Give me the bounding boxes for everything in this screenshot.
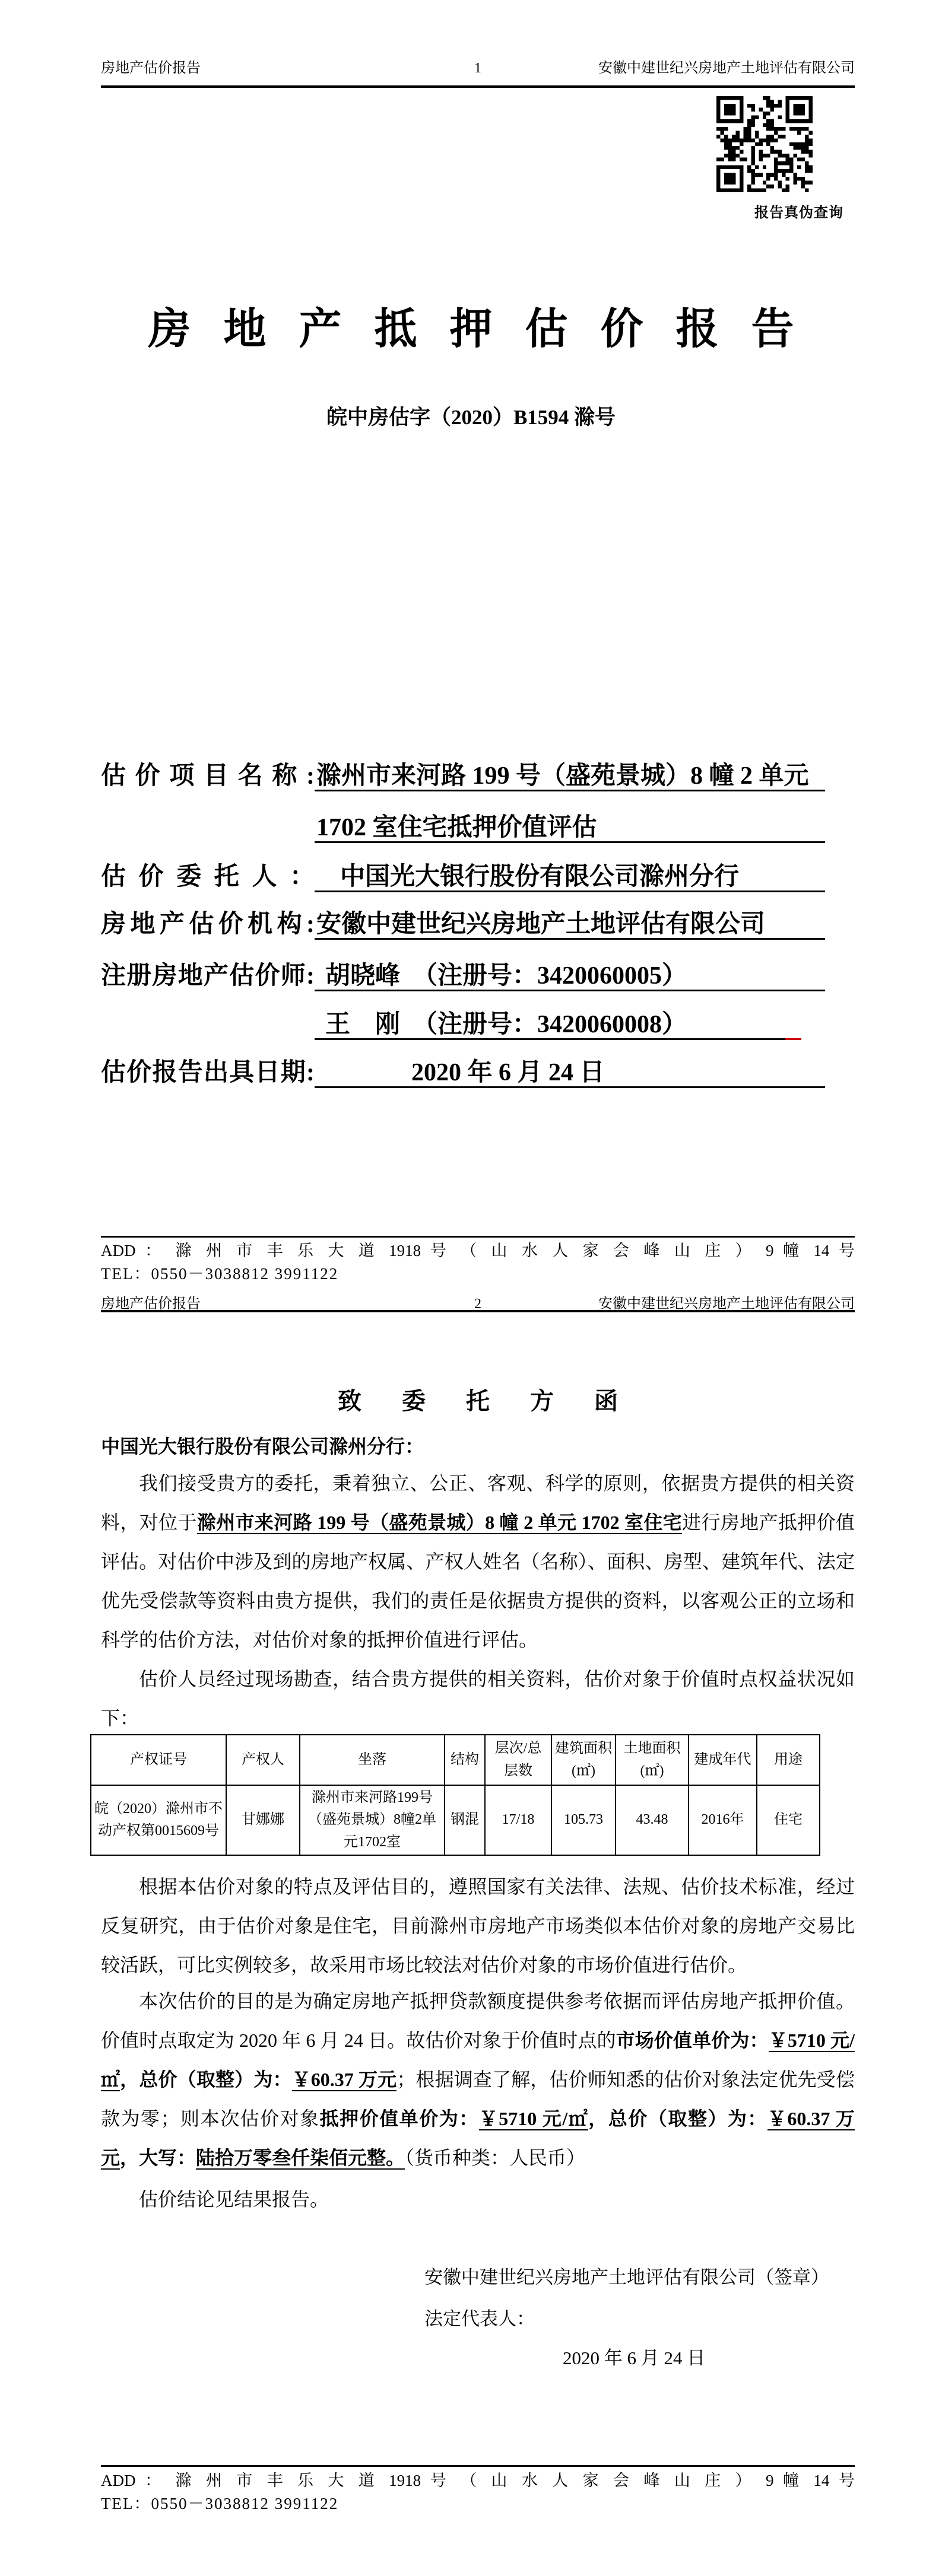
field-value: 2020 年 6 月 24 日 bbox=[411, 1058, 605, 1087]
field-underline bbox=[315, 891, 825, 892]
table-data-row: 皖（2020）滁州市不动产权第0015609号甘娜娜滁州市来河路199号（盛苑景… bbox=[91, 1785, 820, 1855]
footer-address: ADD ： 滁 州 市 丰 乐 大 道 1918 号 （ 山 水 人 家 会 峰… bbox=[101, 2470, 855, 2491]
paragraph-engagement: 我们接受贵方的委托，秉着独立、公正、客观、科学的原则，依据贵方提供的相关资料，对… bbox=[101, 1464, 855, 1659]
field-label: 估价项目名称: bbox=[101, 761, 315, 791]
field-underline bbox=[315, 841, 825, 843]
field-label: 估价报告出具日期: bbox=[101, 1058, 315, 1087]
field-appraiser-2: 王 刚 （注册号：3420060008） bbox=[101, 1010, 855, 1043]
table-cell: 43.48 bbox=[616, 1785, 689, 1855]
field-label: 注册房地产估价师: bbox=[101, 961, 315, 991]
signature-date: 2020 年 6 月 24 日 bbox=[563, 2347, 705, 2370]
table-header-cell: 土地面积(㎡) bbox=[616, 1735, 689, 1785]
qr-code bbox=[716, 96, 813, 192]
field-appraisal-agency: 房地产估价机构: 安徽中建世纪兴房地产土地评估有限公司 bbox=[101, 909, 855, 943]
text-segment: ￥60.37 万元 bbox=[292, 2069, 397, 2091]
table-header-cell: 层次/总层数 bbox=[485, 1735, 551, 1785]
field-value: 安徽中建世纪兴房地产土地评估有限公司 bbox=[316, 909, 765, 939]
header-rule bbox=[101, 85, 855, 88]
field-value: 胡晓峰 （注册号：3420060005） bbox=[325, 961, 687, 991]
field-label: 房地产估价机构: bbox=[101, 909, 315, 939]
field-value: 滁州市来河路 199 号（盛苑景城）8 幢 2 单元 bbox=[316, 761, 809, 791]
table-header-cell: 用途 bbox=[757, 1735, 820, 1785]
letter-title: 致委托方函 bbox=[101, 1382, 855, 1416]
field-underline bbox=[315, 1086, 825, 1088]
text-segment: ， bbox=[120, 2069, 139, 2090]
field-label: 估价委托人： bbox=[101, 862, 315, 892]
table-cell: 钢混 bbox=[445, 1785, 485, 1855]
report-number: 皖中房估字（2020）B1594 滁号 bbox=[0, 401, 942, 431]
field-value: 中国光大银行股份有限公司滁州分行 bbox=[340, 862, 739, 892]
text-segment: 市场价值单价为： bbox=[616, 2030, 769, 2051]
text-segment: ￥5710 元/㎡ bbox=[479, 2108, 588, 2130]
paragraph-conclusion: 估价结论见结果报告。 bbox=[101, 2180, 855, 2219]
report-document: 房地产估价报告 1 安徽中建世纪兴房地产土地评估有限公司 报告真伪查询 房地产抵… bbox=[0, 0, 942, 2576]
header-company: 安徽中建世纪兴房地产土地评估有限公司 bbox=[481, 59, 855, 77]
letter-addressee: 中国光大银行股份有限公司滁州分行： bbox=[101, 1435, 424, 1458]
qr-code-label: 报告真伪查询 bbox=[754, 201, 843, 221]
text-segment: ，总价（取整）为： bbox=[588, 2108, 767, 2129]
field-underline bbox=[315, 990, 825, 991]
field-project-name-line2: 1702 室住宅抵押价值评估 bbox=[101, 813, 855, 846]
property-rights-table: 产权证号产权人坐落结构层次/总层数建筑面积(㎡)土地面积(㎡)建成年代用途 皖（… bbox=[90, 1734, 820, 1856]
page1-header: 房地产估价报告 1 安徽中建世纪兴房地产土地评估有限公司 bbox=[101, 59, 855, 77]
field-value: 王 刚 （注册号：3420060008） bbox=[325, 1010, 687, 1039]
field-project-name: 估价项目名称: 滁州市来河路 199 号（盛苑景城）8 幢 2 单元 bbox=[101, 761, 855, 794]
report-title: 房地产抵押估价报告 bbox=[0, 304, 942, 355]
table-cell: 17/18 bbox=[485, 1785, 551, 1855]
footer-rule bbox=[101, 2465, 855, 2467]
footer-phone: TEL：0550－3038812 3991122 bbox=[101, 1264, 855, 1284]
table-cell: 105.73 bbox=[551, 1785, 616, 1855]
table-cell: 住宅 bbox=[757, 1785, 820, 1855]
text-segment: 陆拾万零叁仟柒佰元整。 bbox=[196, 2147, 405, 2170]
paragraph-valuation-result: 本次估价的目的是为确定房地产抵押贷款额度提供参考依据而评估房地产抵押价值。价值时… bbox=[101, 1982, 855, 2177]
footer-rule bbox=[101, 1236, 855, 1238]
table-header-cell: 坐落 bbox=[300, 1735, 445, 1785]
header-doc-type: 房地产估价报告 bbox=[101, 59, 474, 77]
text-segment: 抵押价值单价为： bbox=[320, 2108, 479, 2129]
paragraph-method: 根据本估价对象的特点及评估目的，遵照国家有关法律、法规、估价技术标准，经过反复研… bbox=[101, 1867, 855, 1985]
header-rule bbox=[101, 1310, 855, 1312]
table-cell: 2016年 bbox=[689, 1785, 757, 1855]
field-client: 估价委托人： 中国光大银行股份有限公司滁州分行 bbox=[101, 862, 855, 895]
table-header-cell: 产权证号 bbox=[91, 1735, 226, 1785]
table-header-cell: 结构 bbox=[445, 1735, 485, 1785]
red-underline-mark bbox=[785, 1038, 801, 1040]
field-appraiser-1: 注册房地产估价师: 胡晓峰 （注册号：3420060005） bbox=[101, 961, 855, 994]
field-report-date: 估价报告出具日期: 2020 年 6 月 24 日 bbox=[101, 1058, 855, 1091]
text-segment: 总价（取整）为： bbox=[139, 2069, 291, 2090]
field-underline bbox=[315, 1038, 785, 1040]
text-segment: ，大写： bbox=[120, 2147, 196, 2168]
footer-address: ADD ： 滁 州 市 丰 乐 大 道 1918 号 （ 山 水 人 家 会 峰… bbox=[101, 1241, 855, 1261]
table-cell: 皖（2020）滁州市不动产权第0015609号 bbox=[91, 1785, 226, 1855]
table-header-cell: 建成年代 bbox=[689, 1735, 757, 1785]
footer-phone: TEL：0550－3038812 3991122 bbox=[101, 2494, 855, 2514]
field-value: 1702 室住宅抵押价值评估 bbox=[316, 813, 597, 842]
table-header-cell: 产权人 bbox=[226, 1735, 300, 1785]
text-segment: （货币种类：人民币） bbox=[405, 2147, 585, 2168]
text-segment: 滁州市来河路 199 号（盛苑景城）8 幢 2 单元 1702 室住宅 bbox=[197, 1512, 682, 1534]
paragraph-inspection: 估价人员经过现场勘查，结合贵方提供的相关资料，估价对象于价值时点权益状况如下： bbox=[101, 1659, 855, 1738]
signature-company: 安徽中建世纪兴房地产土地评估有限公司（签章） bbox=[424, 2266, 829, 2289]
header-page-number: 1 bbox=[474, 59, 481, 77]
field-underline bbox=[315, 938, 825, 940]
table-header-row: 产权证号产权人坐落结构层次/总层数建筑面积(㎡)土地面积(㎡)建成年代用途 bbox=[91, 1735, 820, 1785]
table-header-cell: 建筑面积(㎡) bbox=[551, 1735, 616, 1785]
table-cell: 甘娜娜 bbox=[226, 1785, 300, 1855]
table-cell: 滁州市来河路199号（盛苑景城）8幢2单元1702室 bbox=[300, 1785, 445, 1855]
signature-legal-representative: 法定代表人： bbox=[424, 2308, 535, 2330]
field-underline bbox=[315, 790, 825, 791]
